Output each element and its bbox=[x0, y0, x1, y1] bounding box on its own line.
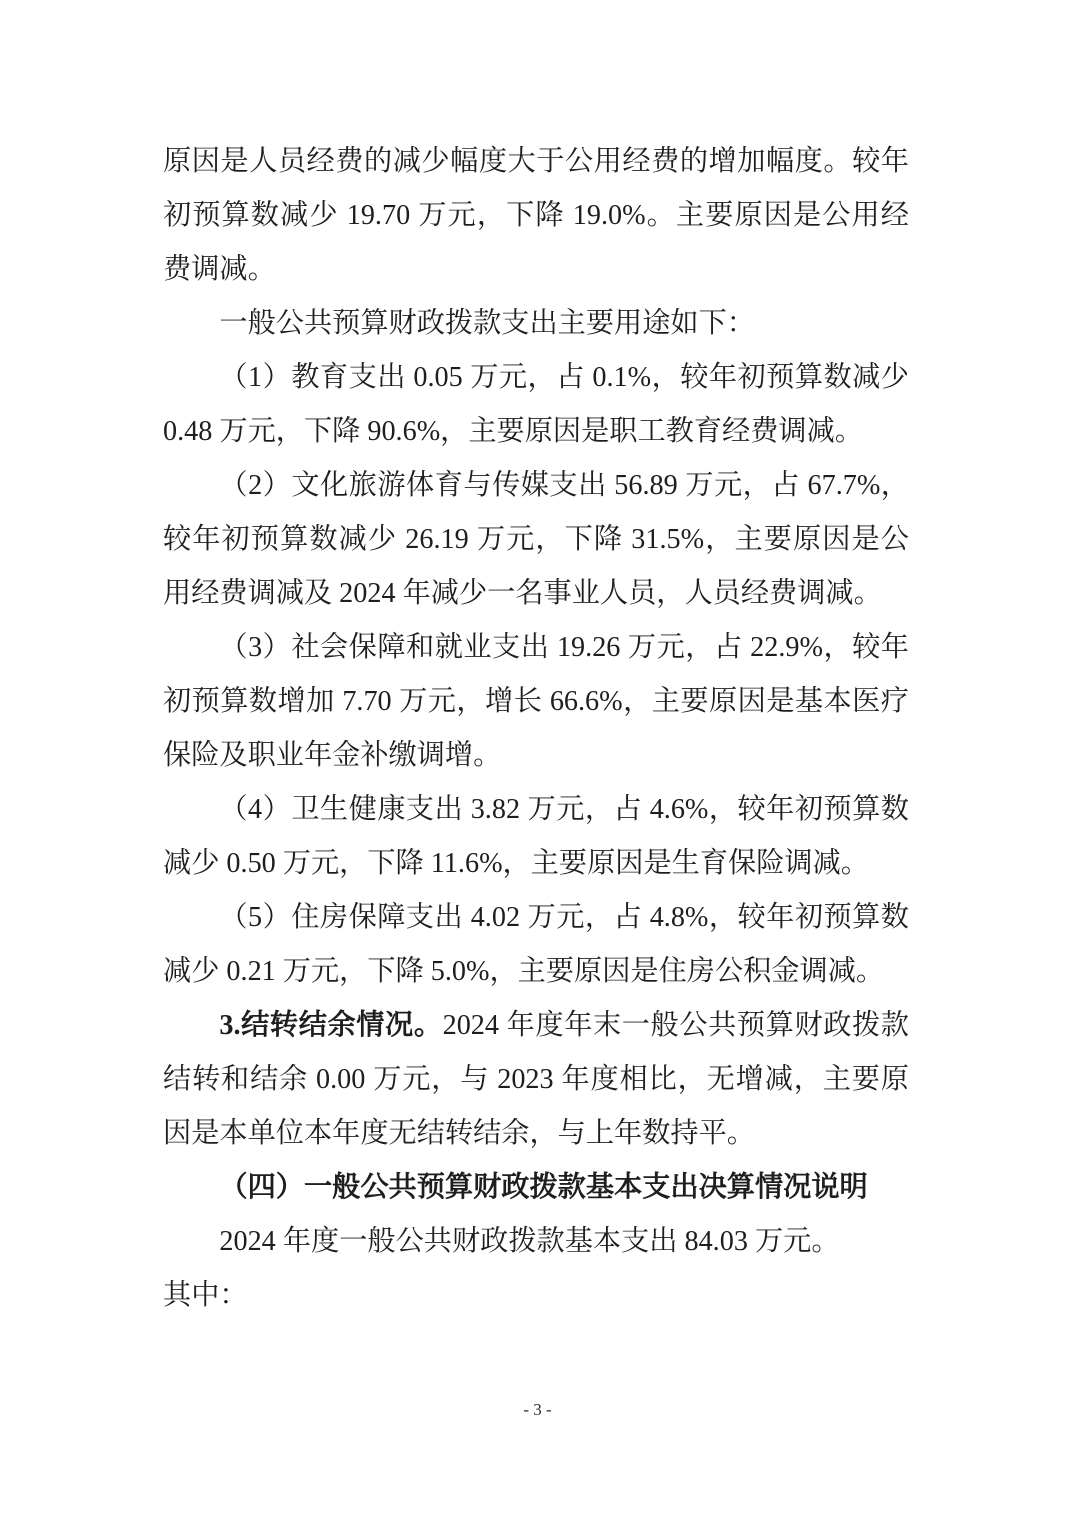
paragraph-among-which: 其中： bbox=[163, 1269, 909, 1323]
paragraph-text: 2024 年度一般公共财政拨款基本支出 84.03 万元。 bbox=[219, 1226, 839, 1257]
paragraph-expense-item-1: （1）教育支出 0.05 万元，占 0.1%，较年初预算数减少 0.48 万元，… bbox=[163, 351, 909, 459]
paragraph-carryover: 3.结转结余情况。2024 年度年末一般公共预算财政拨款结转和结余 0.00 万… bbox=[163, 999, 909, 1161]
paragraph-expense-item-2: （2）文化旅游体育与传媒支出 56.89 万元，占 67.7%，较年初预算数减少… bbox=[163, 459, 909, 621]
document-page: 原因是人员经费的减少幅度大于公用经费的增加幅度。较年初预算数减少 19.70 万… bbox=[0, 0, 1075, 1520]
heading-text: （四）一般公共预算财政拨款基本支出决算情况说明 bbox=[219, 1172, 867, 1203]
paragraph-text: （4）卫生健康支出 3.82 万元，占 4.6%，较年初预算数减少 0.50 万… bbox=[163, 794, 909, 879]
paragraph-continuation: 原因是人员经费的减少幅度大于公用经费的增加幅度。较年初预算数减少 19.70 万… bbox=[163, 135, 909, 297]
paragraph-text: 原因是人员经费的减少幅度大于公用经费的增加幅度。较年初预算数减少 19.70 万… bbox=[163, 146, 909, 285]
paragraph-text: （1）教育支出 0.05 万元，占 0.1%，较年初预算数减少 0.48 万元，… bbox=[163, 362, 909, 447]
carryover-heading-run: 3.结转结余情况。 bbox=[219, 1010, 442, 1041]
paragraph-text: 一般公共预算财政拨款支出主要用途如下： bbox=[219, 308, 755, 339]
paragraph-expense-item-4: （4）卫生健康支出 3.82 万元，占 4.6%，较年初预算数减少 0.50 万… bbox=[163, 783, 909, 891]
paragraph-text: 其中： bbox=[163, 1280, 248, 1311]
paragraph-text: （2）文化旅游体育与传媒支出 56.89 万元，占 67.7%，较年初预算数减少… bbox=[163, 470, 909, 609]
paragraph-expense-item-5: （5）住房保障支出 4.02 万元，占 4.8%，较年初预算数减少 0.21 万… bbox=[163, 891, 909, 999]
paragraph-text: （5）住房保障支出 4.02 万元，占 4.8%，较年初预算数减少 0.21 万… bbox=[163, 902, 909, 987]
document-body-text: 原因是人员经费的减少幅度大于公用经费的增加幅度。较年初预算数减少 19.70 万… bbox=[163, 135, 909, 1323]
paragraph-uses-intro: 一般公共预算财政拨款支出主要用途如下： bbox=[163, 297, 909, 351]
paragraph-expense-item-3: （3）社会保障和就业支出 19.26 万元，占 22.9%，较年初预算数增加 7… bbox=[163, 621, 909, 783]
page-number: - 3 - bbox=[0, 1398, 1075, 1422]
paragraph-text: （3）社会保障和就业支出 19.26 万元，占 22.9%，较年初预算数增加 7… bbox=[163, 632, 909, 771]
paragraph-basic-expenditure: 2024 年度一般公共财政拨款基本支出 84.03 万元。 bbox=[163, 1215, 909, 1269]
section-4-heading: （四）一般公共预算财政拨款基本支出决算情况说明 bbox=[163, 1161, 909, 1215]
